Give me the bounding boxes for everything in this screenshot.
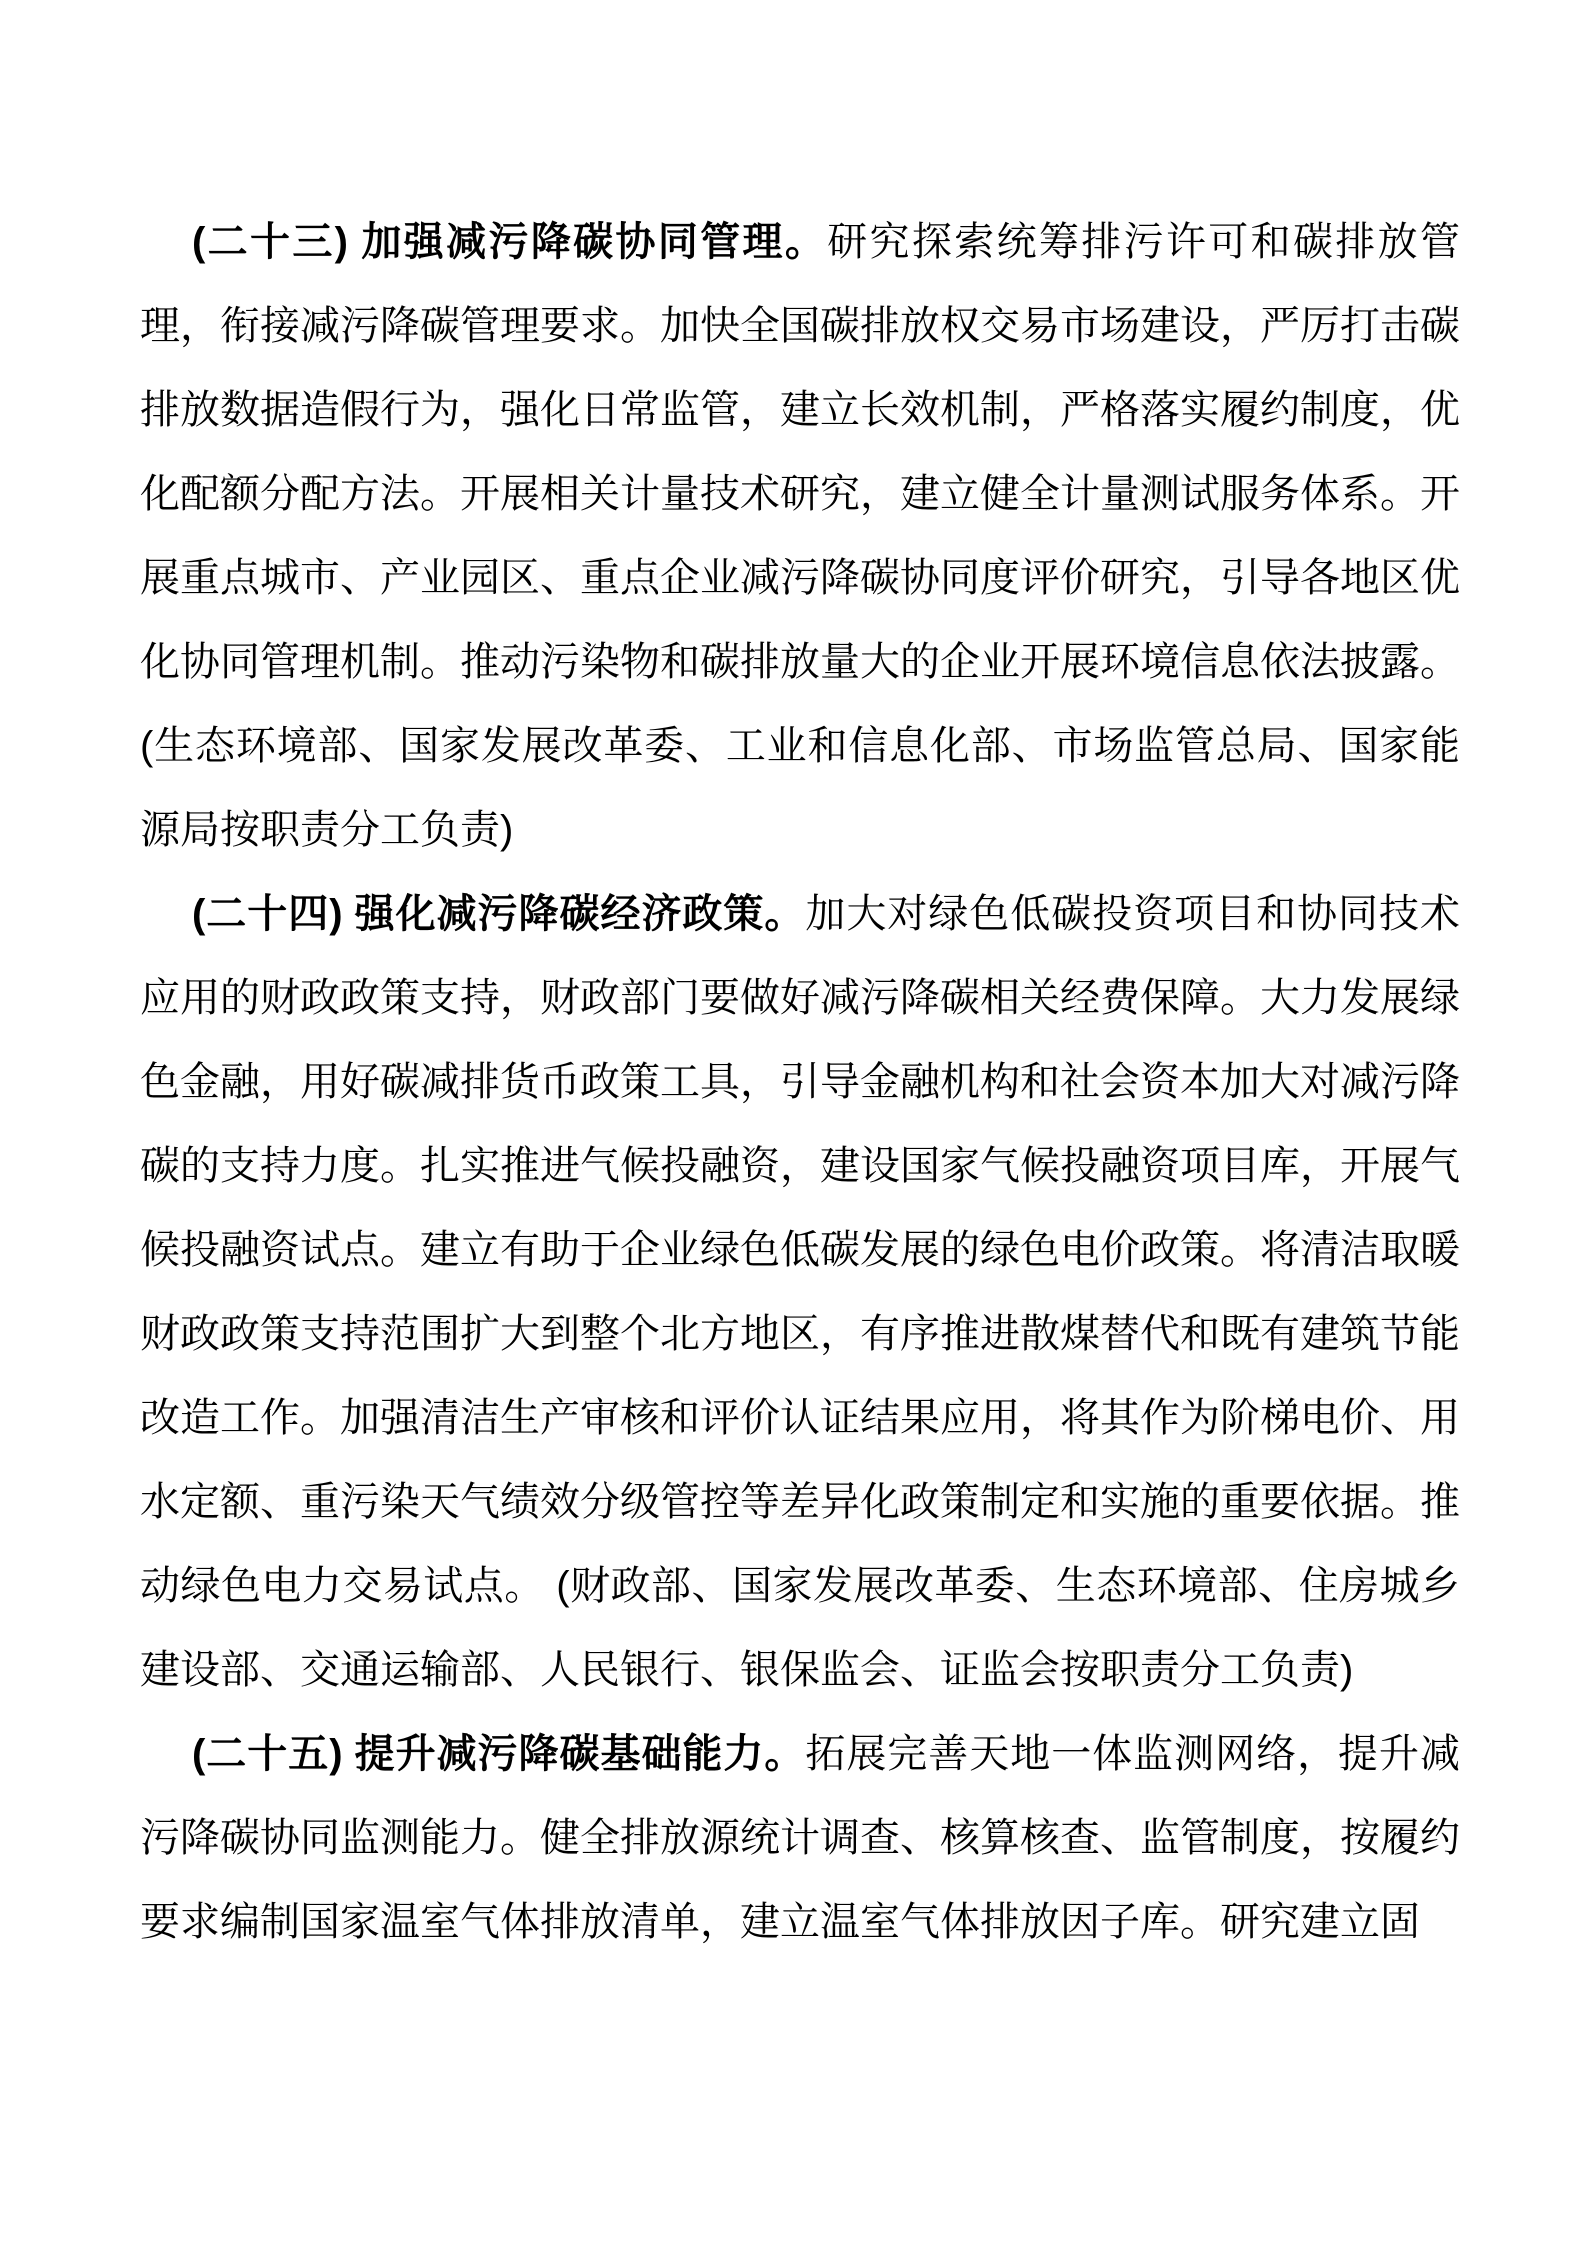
paragraph-item-23: (二十三) 加强减污降碳协同管理。研究探索统筹排污许可和碳排放管理，衔接减污降碳…: [140, 200, 1460, 872]
paragraph-lead: (二十三) 加强减污降碳协同管理。: [192, 220, 827, 264]
page-content: (二十三) 加强减污降碳协同管理。研究探索统筹排污许可和碳排放管理，衔接减污降碳…: [140, 200, 1460, 1964]
document-page: (二十三) 加强减污降碳协同管理。研究探索统筹排污许可和碳排放管理，衔接减污降碳…: [0, 0, 1587, 2245]
paragraph-body: 研究探索统筹排污许可和碳排放管理，衔接减污降碳管理要求。加快全国碳排放权交易市场…: [140, 220, 1460, 852]
paragraph-body: 加大对绿色低碳投资项目和协同技术应用的财政政策支持，财政部门要做好减污降碳相关经…: [140, 892, 1460, 1692]
paragraph-item-25: (二十五) 提升减污降碳基础能力。拓展完善天地一体监测网络，提升减污降碳协同监测…: [140, 1712, 1460, 1964]
paragraph-item-24: (二十四) 强化减污降碳经济政策。加大对绿色低碳投资项目和协同技术应用的财政政策…: [140, 872, 1460, 1712]
paragraph-lead: (二十四) 强化减污降碳经济政策。: [192, 892, 805, 936]
paragraph-lead: (二十五) 提升减污降碳基础能力。: [192, 1732, 805, 1776]
